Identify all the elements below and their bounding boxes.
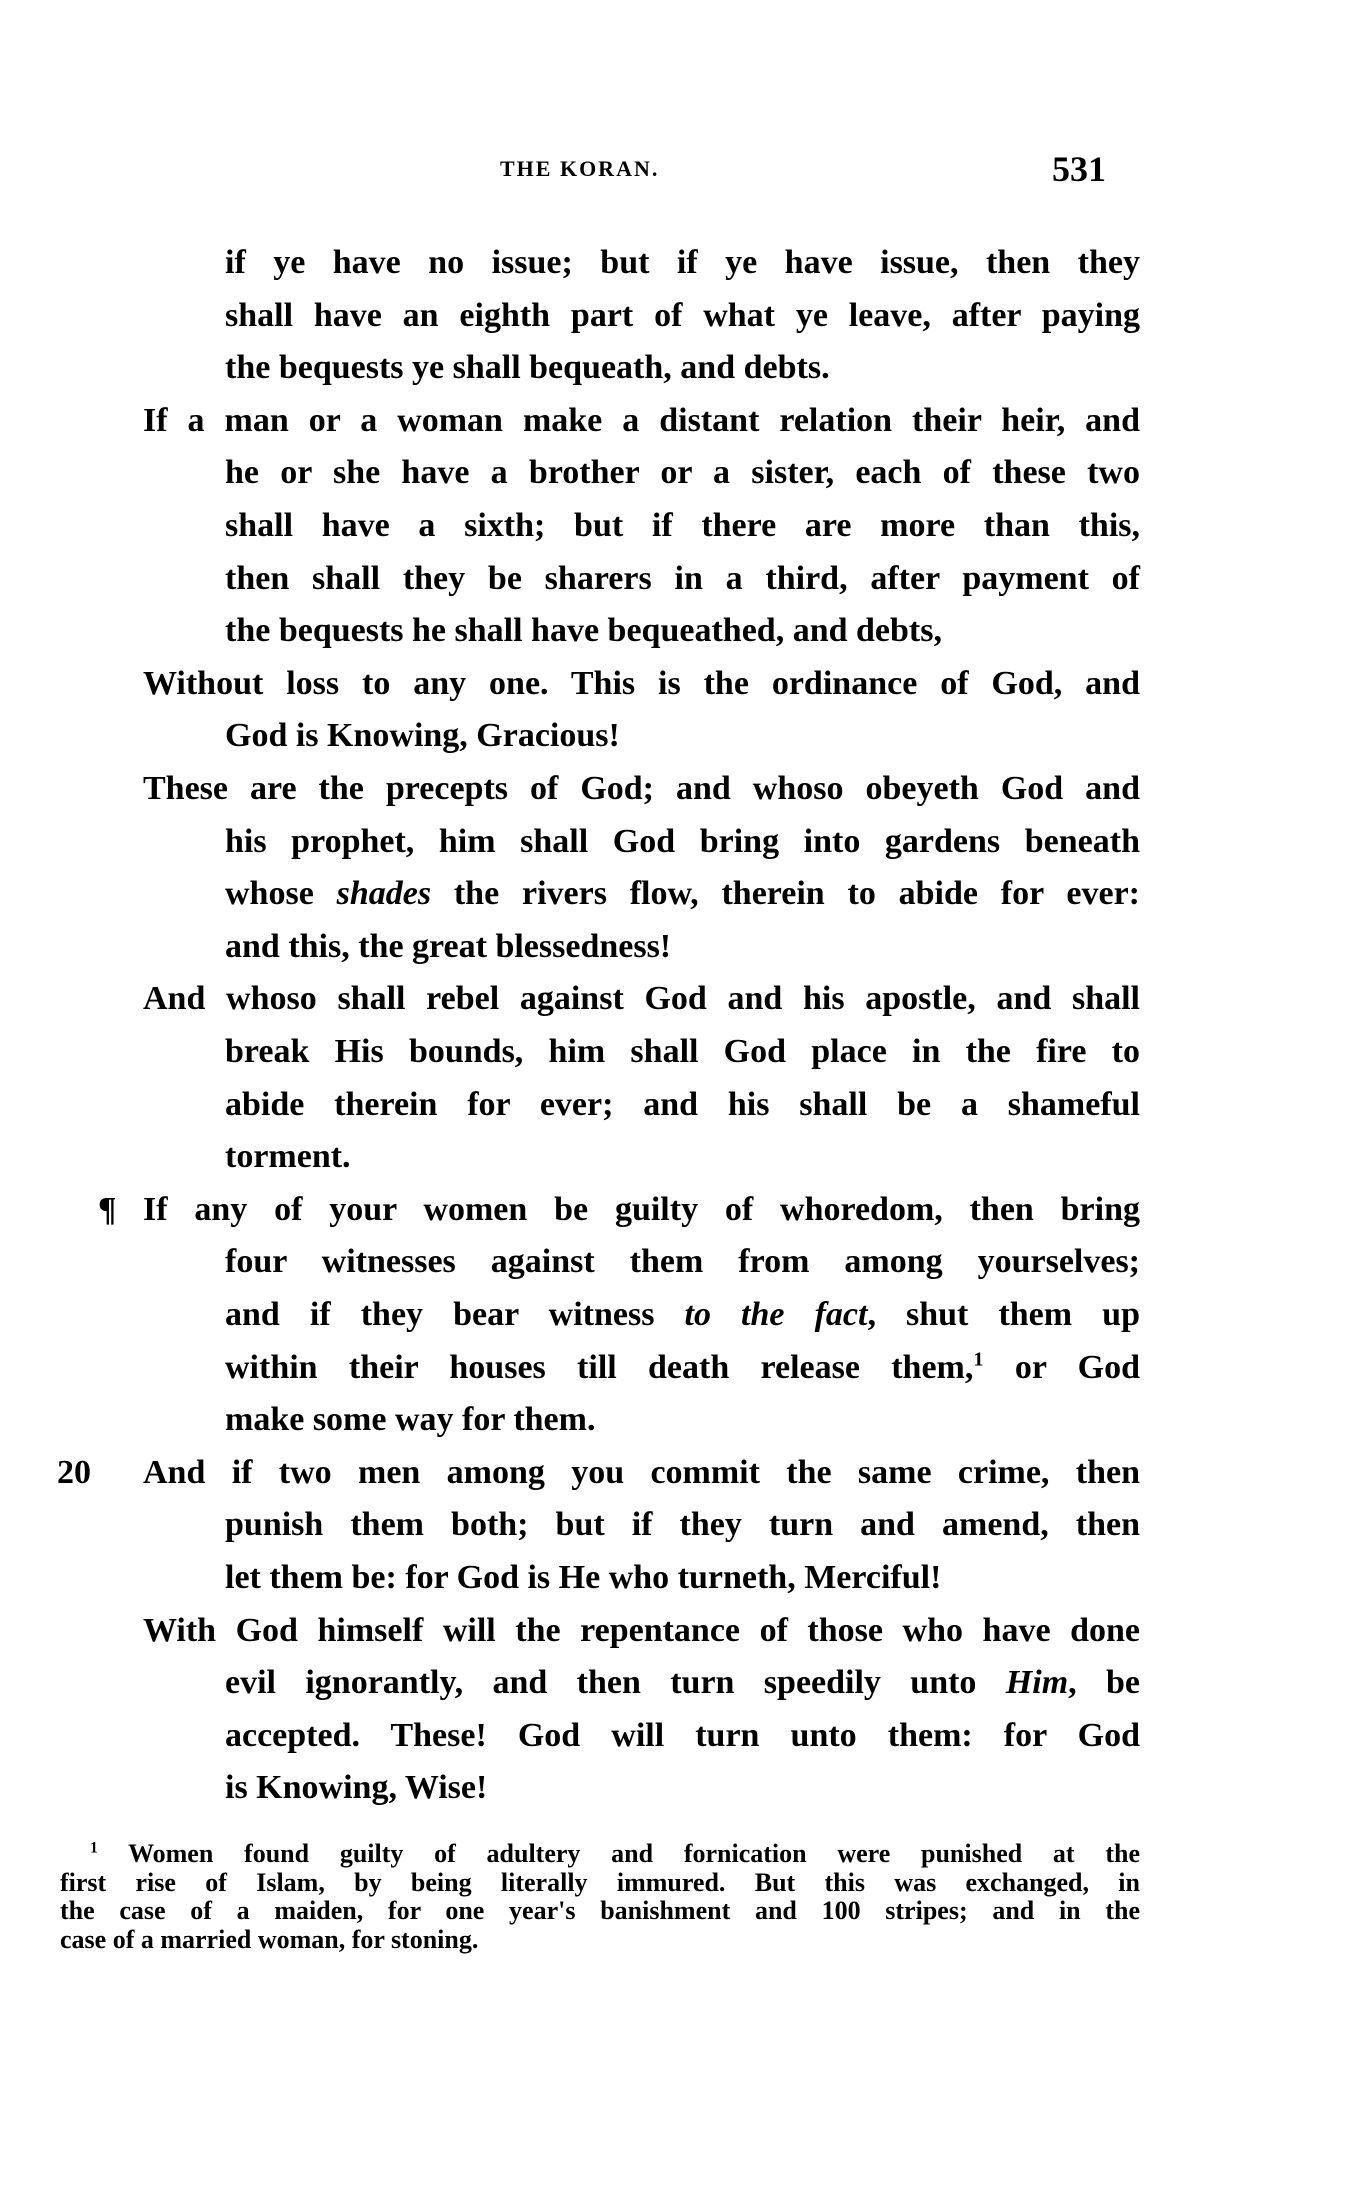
text-line: God is Knowing, Gracious! xyxy=(225,710,1140,763)
running-title: THE KORAN. xyxy=(500,156,659,182)
text-line: four witnesses against them from among y… xyxy=(225,1236,1140,1289)
line-text: God is Knowing, Gracious! xyxy=(225,717,620,754)
text-line: make some way for them. xyxy=(225,1394,1140,1447)
line-text: and this, the great blessedness! xyxy=(225,928,671,965)
text-line: whose shades the rivers flow, therein to… xyxy=(225,868,1140,921)
line-text: he or she have a brother or a sister, ea… xyxy=(225,454,1140,491)
footnote-text: the case of a maiden, for one year's ban… xyxy=(60,1896,1140,1925)
pilcrow-icon: ¶ xyxy=(98,1184,116,1237)
italic-text: shades xyxy=(337,875,431,912)
line-text: if ye have no issue; but if ye have issu… xyxy=(225,244,1140,281)
line-text: and if they bear witness xyxy=(225,1296,685,1333)
text-line: accepted. These! God will turn unto them… xyxy=(225,1710,1140,1763)
line-text: And whoso shall rebel against God and hi… xyxy=(143,980,1140,1017)
line-text: shall have an eighth part of what ye lea… xyxy=(225,297,1140,334)
text-line: torment. xyxy=(225,1131,1140,1184)
footnote-text: case of a married woman, for stoning. xyxy=(60,1925,478,1954)
line-text: whose xyxy=(225,875,337,912)
text-line: let them be: for God is He who turneth, … xyxy=(225,1552,1140,1605)
line-text: four witnesses against them from among y… xyxy=(225,1243,1140,1280)
line-text: within their houses till death release t… xyxy=(225,1349,973,1386)
text-line: These are the precepts of God; and whoso… xyxy=(143,763,1140,816)
line-text: And if two men among you commit the same… xyxy=(143,1454,1140,1491)
line-text: the bequests he shall have bequeathed, a… xyxy=(225,612,942,649)
line-text: or God xyxy=(984,1349,1140,1386)
text-line: abide therein for ever; and his shall be… xyxy=(225,1079,1140,1132)
line-text: make some way for them. xyxy=(225,1401,595,1438)
line-text: With God himself will the repentance of … xyxy=(143,1612,1140,1649)
line-text: evil ignorantly, and then turn speedily … xyxy=(225,1664,1006,1701)
text-line: break His bounds, him shall God place in… xyxy=(225,1026,1140,1079)
text-line: If a man or a woman make a distant relat… xyxy=(143,395,1140,448)
text-line: then shall they be sharers in a third, a… xyxy=(225,553,1140,606)
text-line: and this, the great blessedness! xyxy=(225,921,1140,974)
text-line: Without loss to any one. This is the ord… xyxy=(143,658,1140,711)
book-page: THE KORAN. 531 if ye have no issue; but … xyxy=(0,0,1368,2188)
line-text: then shall they be sharers in a third, a… xyxy=(225,560,1140,597)
line-text: break His bounds, him shall God place in… xyxy=(225,1033,1140,1070)
footnote-line: the case of a maiden, for one year's ban… xyxy=(60,1897,1140,1926)
footnote-number: 1 xyxy=(90,1839,98,1856)
text-line: And if two men among you commit the same… xyxy=(143,1447,1140,1500)
page-number: 531 xyxy=(1052,148,1106,190)
text-line: within their houses till death release t… xyxy=(225,1342,1140,1395)
line-text: accepted. These! God will turn unto them… xyxy=(225,1717,1140,1754)
line-text: abide therein for ever; and his shall be… xyxy=(225,1086,1140,1123)
italic-text: Him xyxy=(1006,1664,1068,1701)
text-line: is Knowing, Wise! xyxy=(225,1762,1140,1815)
line-text: the bequests ye shall bequeath, and debt… xyxy=(225,349,830,386)
text-line: With God himself will the repentance of … xyxy=(143,1605,1140,1658)
text-line: If any of your women be guilty of whored… xyxy=(143,1184,1140,1237)
text-line: And whoso shall rebel against God and hi… xyxy=(143,973,1140,1026)
line-text: let them be: for God is He who turneth, … xyxy=(225,1559,941,1596)
line-text: , be xyxy=(1068,1664,1140,1701)
verse-number: 20 xyxy=(57,1447,91,1500)
text-line: evil ignorantly, and then turn speedily … xyxy=(225,1657,1140,1710)
line-text: Without loss to any one. This is the ord… xyxy=(143,665,1140,702)
line-text: the rivers flow, therein to abide for ev… xyxy=(431,875,1140,912)
footnote-text: Women found guilty of adultery and forni… xyxy=(128,1839,1140,1868)
line-text: torment. xyxy=(225,1138,351,1175)
line-text: If a man or a woman make a distant relat… xyxy=(143,402,1140,439)
text-line: shall have an eighth part of what ye lea… xyxy=(225,290,1140,343)
footnote-line: first rise of Islam, by being literally … xyxy=(60,1869,1140,1898)
line-text: , shut them up xyxy=(867,1296,1140,1333)
text-line: the bequests ye shall bequeath, and debt… xyxy=(225,342,1140,395)
text-line: his prophet, him shall God bring into ga… xyxy=(225,816,1140,869)
footnote-line: case of a married woman, for stoning. xyxy=(60,1926,1140,1955)
line-text: shall have a sixth; but if there are mor… xyxy=(225,507,1140,544)
line-text: If any of your women be guilty of whored… xyxy=(143,1191,1140,1228)
footnote-reference[interactable]: 1 xyxy=(973,1348,983,1370)
text-line: punish them both; but if they turn and a… xyxy=(225,1499,1140,1552)
running-head: THE KORAN. 531 xyxy=(0,148,1368,188)
text-line: if ye have no issue; but if ye have issu… xyxy=(225,237,1140,290)
text-line: shall have a sixth; but if there are mor… xyxy=(225,500,1140,553)
text-line: and if they bear witness to the fact, sh… xyxy=(225,1289,1140,1342)
line-text: These are the precepts of God; and whoso… xyxy=(143,770,1140,807)
footnote-line: 1 Women found guilty of adultery and for… xyxy=(90,1840,1140,1869)
text-line: he or she have a brother or a sister, ea… xyxy=(225,447,1140,500)
italic-text: to the fact xyxy=(685,1296,868,1333)
line-text: is Knowing, Wise! xyxy=(225,1769,487,1806)
line-text: his prophet, him shall God bring into ga… xyxy=(225,823,1140,860)
text-line: the bequests he shall have bequeathed, a… xyxy=(225,605,1140,658)
line-text: punish them both; but if they turn and a… xyxy=(225,1506,1140,1543)
footnote-text: first rise of Islam, by being literally … xyxy=(60,1868,1140,1897)
